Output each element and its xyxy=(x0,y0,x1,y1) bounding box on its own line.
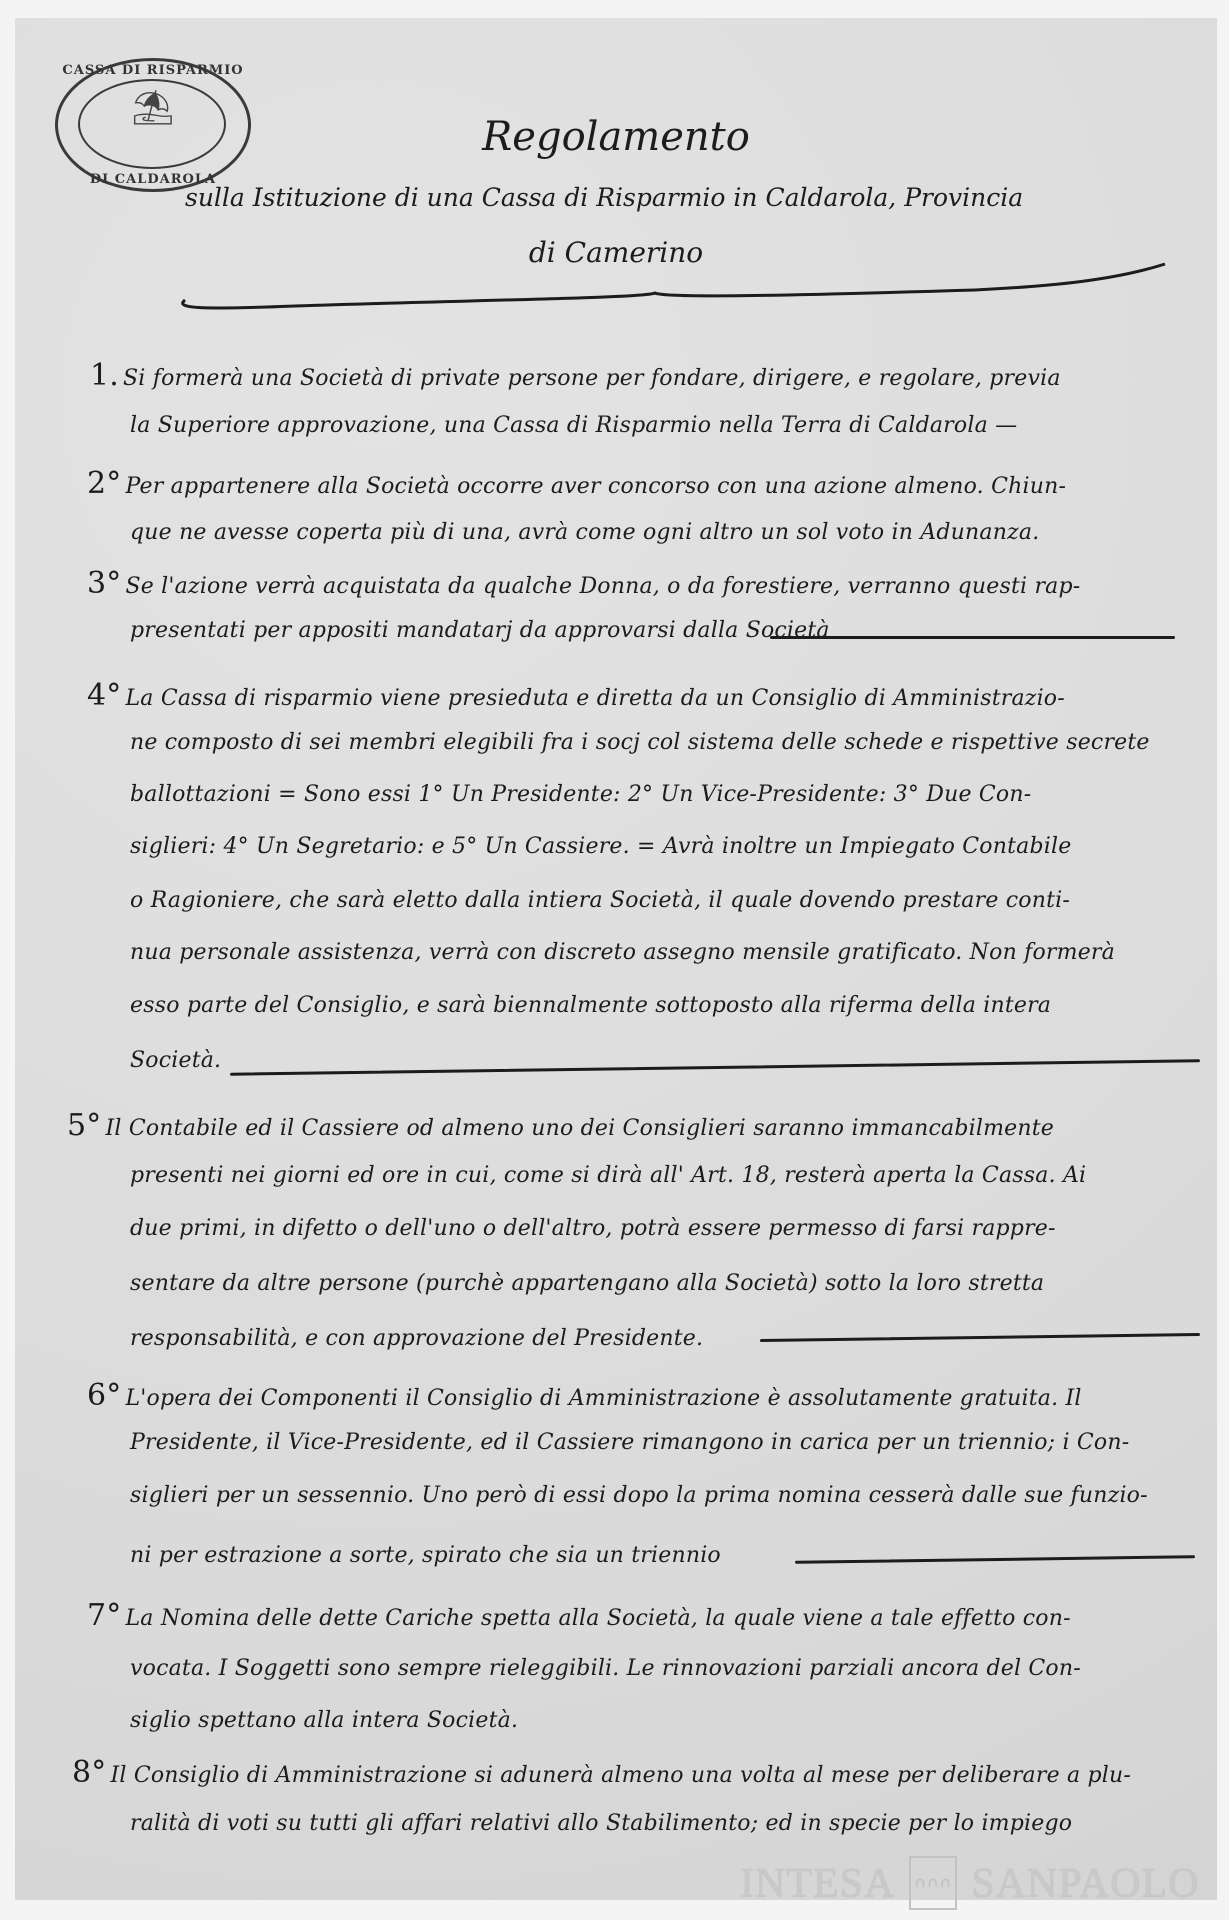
article-6-line-1: 6°L'opera dei Componenti il Consiglio di… xyxy=(87,1378,1082,1413)
document-subtitle: sulla Istituzione di una Cassa di Rispar… xyxy=(185,183,1023,212)
article-3-end-rule xyxy=(770,636,1175,639)
article-2-line-1: 2°Per appartenere alla Società occorre a… xyxy=(87,466,1066,501)
article-4-end-rule xyxy=(230,1059,1200,1076)
article-8-line-1: 8°Il Consiglio di Amministrazione si adu… xyxy=(72,1755,1131,1790)
article-4-line-5: o Ragioniere, che sarà eletto dalla inti… xyxy=(130,888,1070,913)
article-5-line-2: presenti nei giorni ed ore in cui, come … xyxy=(130,1163,1086,1188)
watermark-right-text: SANPAOLO xyxy=(971,1861,1199,1907)
article-5-end-rule xyxy=(760,1333,1200,1342)
article-2-line-2: que ne avesse coperta più di una, avrà c… xyxy=(130,520,1039,545)
article-3-line-1: 3°Se l'azione verrà acquistata da qualch… xyxy=(87,566,1080,601)
article-7-line-1: 7°La Nomina delle dette Cariche spetta a… xyxy=(87,1598,1071,1633)
document-title: Regolamento xyxy=(15,114,1217,160)
article-6-line-3: siglieri per un sessennio. Uno però di e… xyxy=(130,1483,1148,1508)
watermark-left-text: INTESA xyxy=(740,1861,895,1907)
article-5-line-3: due primi, in difetto o dell'uno o dell'… xyxy=(130,1216,1056,1241)
article-1-line-1: 1.Si formerà una Società di private pers… xyxy=(90,358,1061,393)
article-5-line-1: 5°Il Contabile ed il Cassiere od almeno … xyxy=(67,1108,1054,1143)
stamp-top-text: CASSA DI RISPARMIO xyxy=(58,63,248,78)
article-5-line-4: sentare da altre persone (purchè apparte… xyxy=(130,1271,1044,1296)
title-flourish-divider xyxy=(175,258,1175,318)
article-1-line-2: la Superiore approvazione, una Cassa di … xyxy=(130,413,1017,438)
article-4-line-8: Società. xyxy=(130,1048,221,1073)
article-4-line-6: nua personale assistenza, verrà con disc… xyxy=(130,940,1115,965)
article-6-line-2: Presidente, il Vice-Presidente, ed il Ca… xyxy=(130,1430,1129,1455)
manuscript-page: CASSA DI RISPARMIO ⛱ DI CALDAROLA Regola… xyxy=(15,18,1217,1900)
article-3-line-2: presentati per appositi mandatarj da app… xyxy=(130,618,830,643)
article-5-line-5: responsabilità, e con approvazione del P… xyxy=(130,1326,703,1351)
article-4-line-3: ballottazioni = Sono essi 1° Un Presiden… xyxy=(130,782,1031,807)
article-4-line-7: esso parte del Consiglio, e sarà biennal… xyxy=(130,993,1051,1018)
article-7-line-2: vocata. I Soggetti sono sempre rieleggib… xyxy=(130,1656,1081,1681)
article-7-line-3: siglio spettano alla intera Società. xyxy=(130,1708,518,1733)
article-4-line-4: siglieri: 4° Un Segretario: e 5° Un Cass… xyxy=(130,834,1071,859)
intesa-sanpaolo-watermark: INTESA∩∩∩SANPAOLO xyxy=(740,1860,1200,1914)
article-4-line-1: 4°La Cassa di risparmio viene presieduta… xyxy=(87,678,1065,713)
article-4-line-2: ne composto di sei membri elegibili fra … xyxy=(130,730,1150,755)
intesa-sanpaolo-logo-icon: ∩∩∩ xyxy=(909,1856,957,1910)
article-6-end-rule xyxy=(795,1555,1195,1564)
article-6-line-4: ni per estrazione a sorte, spirato che s… xyxy=(130,1543,721,1568)
article-8-line-2: ralità di voti su tutti gli affari relat… xyxy=(130,1811,1072,1836)
